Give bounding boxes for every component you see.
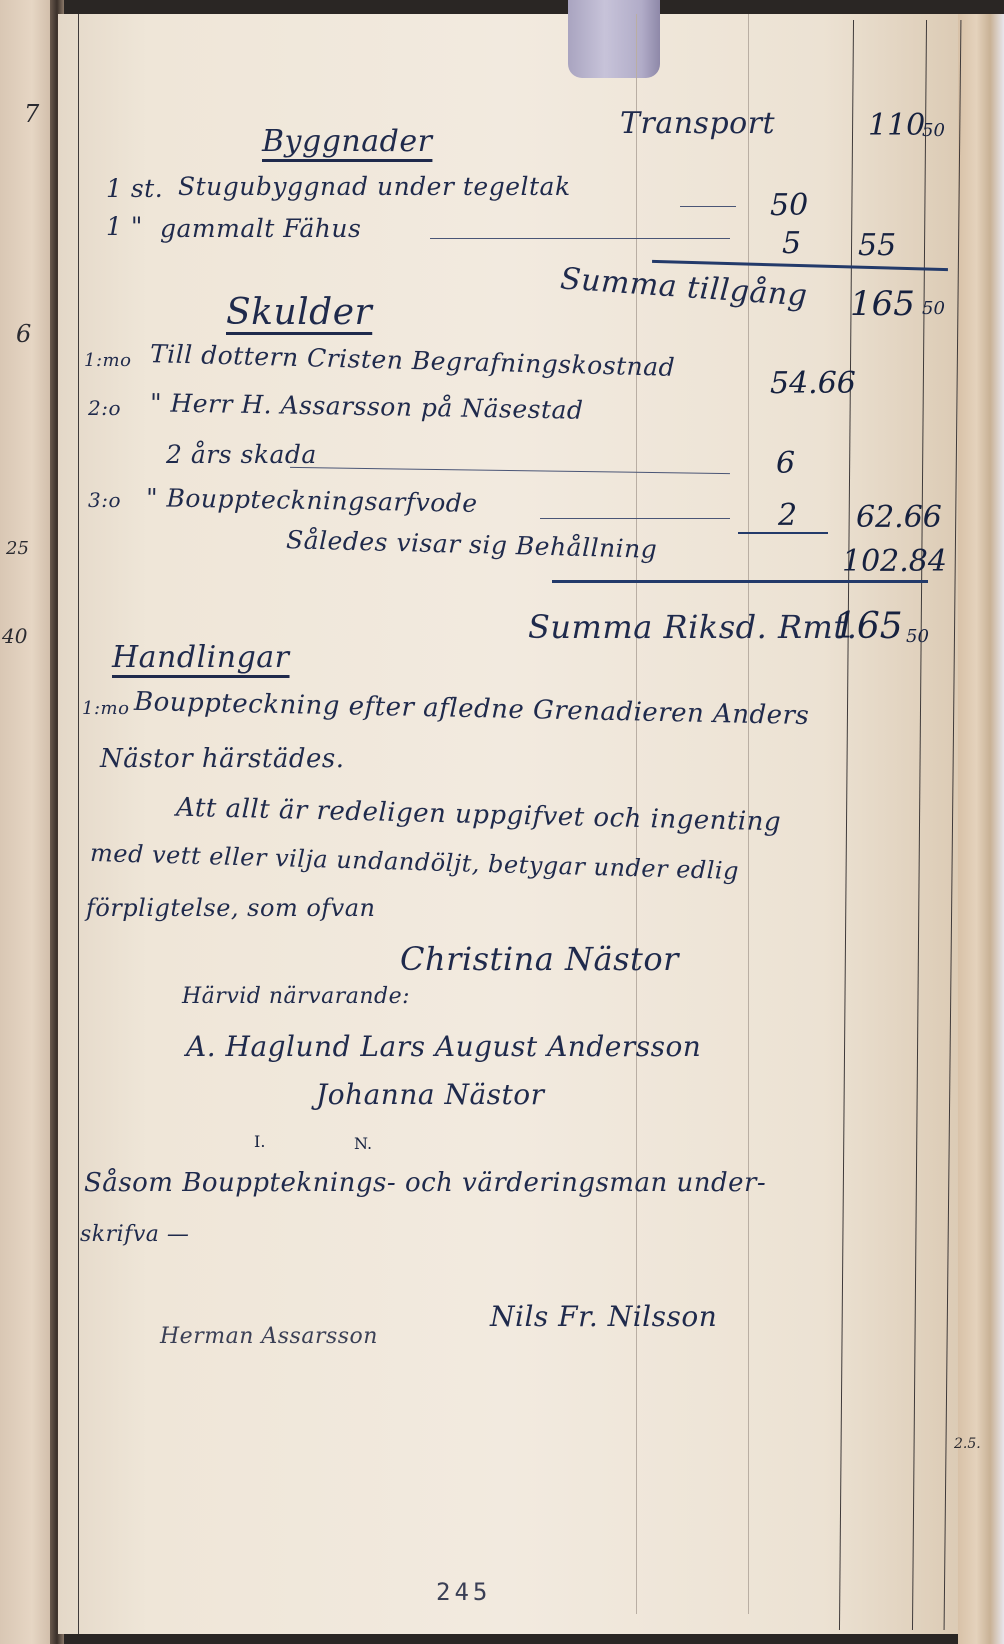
transport-ore: 50 <box>922 120 945 141</box>
leader-line <box>540 518 730 519</box>
document-number: 1:mo <box>82 698 129 719</box>
initial-mark: I. <box>254 1132 265 1151</box>
section-heading-byggnader: Byggnader <box>262 124 432 159</box>
debt-number: 3:o <box>88 488 121 512</box>
summa-tillgang-ore: 50 <box>922 298 945 319</box>
summa-riksdaler-label: Summa Riksd. Rmt. <box>528 608 857 646</box>
debt-amount: 6 <box>776 446 795 481</box>
debt-description-continued: 2 års skada <box>166 440 317 469</box>
byggnader-subtotal: 55 <box>858 228 896 263</box>
balance-amount: 102.84 <box>842 544 947 579</box>
debt-description: " Bouppteckningsarfvode <box>146 483 478 518</box>
building-qty: 1 st. <box>106 174 163 203</box>
section-heading-skulder: Skulder <box>226 292 372 333</box>
summa-riksdaler-kronor: 165 <box>834 606 903 647</box>
signature-johanna: Johanna Nästor <box>316 1078 545 1111</box>
signature-appraiser: Herman Assarsson <box>160 1324 378 1349</box>
section-heading-handlingar: Handlingar <box>112 640 290 675</box>
appraisers-statement-continued: skrifva — <box>80 1222 189 1247</box>
summa-tillgang-kronor: 165 <box>850 284 915 324</box>
skulder-subtotal: 62.66 <box>856 500 942 535</box>
signature-widow: Christina Nästor <box>400 940 679 978</box>
witness-label: Härvid närvarande: <box>182 984 410 1009</box>
transport-kronor: 110 <box>868 108 925 143</box>
debt-number: 1:mo <box>84 350 131 371</box>
leader-line <box>680 206 736 207</box>
debt-amount: 54.66 <box>770 366 856 401</box>
document-description-continued: Nästor härstädes. <box>100 744 345 774</box>
debt-amount: 2 <box>778 498 797 533</box>
signature-appraiser: Nils Fr. Nilsson <box>490 1300 717 1333</box>
page-number: 245 <box>436 1578 491 1606</box>
building-amount: 50 <box>770 188 808 223</box>
debt-number: 2:o <box>88 396 121 420</box>
signature-witnesses: A. Haglund Lars August Andersson <box>186 1030 701 1063</box>
left-page-number: 7 <box>24 100 39 128</box>
total-rule <box>552 580 928 583</box>
transport-label: Transport <box>620 106 775 141</box>
building-qty: 1 " <box>106 212 143 241</box>
leader-line <box>430 238 730 239</box>
building-description: Stugubyggnad under tegeltak <box>178 172 571 201</box>
left-page-number: 25 <box>6 538 29 559</box>
left-margin-rule <box>78 14 79 1634</box>
initial-mark: N. <box>354 1134 372 1153</box>
left-page-number: 6 <box>16 320 31 348</box>
oath-line: förpligtelse, som ofvan <box>86 894 376 922</box>
summa-riksdaler-ore: 50 <box>906 626 929 647</box>
left-page-number: 40 <box>2 624 27 648</box>
building-amount: 5 <box>782 226 801 261</box>
stacked-page-edges <box>958 14 1004 1644</box>
building-description: gammalt Fähus <box>160 214 361 243</box>
edge-note: 2.5. <box>954 1436 981 1452</box>
subtotal-rule <box>738 532 828 534</box>
bookmark-ribbon <box>568 0 660 78</box>
appraisers-statement: Såsom Bouppteknings- och värderingsman u… <box>84 1168 766 1198</box>
